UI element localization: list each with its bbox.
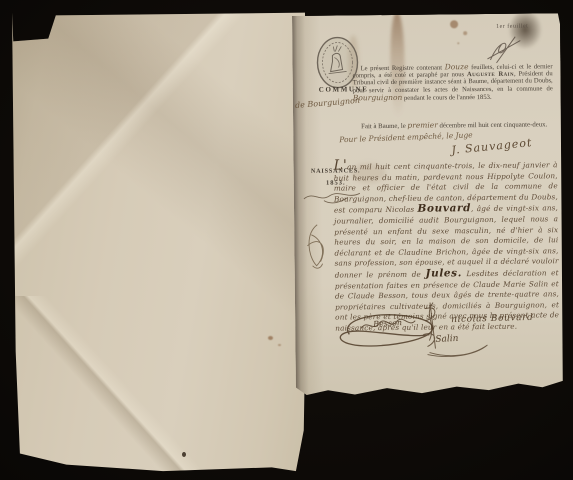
judge-note-handwritten: Pour le Président empêché, le Juge — [339, 130, 473, 144]
folio-label: 1er feuillet — [496, 24, 528, 30]
president-name: Auguste Rain — [467, 71, 514, 78]
issue-statement: Fait à Baume, le premier décembre mil hu… — [353, 120, 551, 131]
foxing-spots — [268, 336, 273, 340]
issue-text: Fait à Baume, le — [361, 123, 407, 130]
folio-count-handwritten: Douze — [445, 62, 469, 71]
witness-signature-name: Besson — [373, 318, 402, 329]
ink-speck — [182, 452, 186, 457]
register-scan: 1er feuillet COMMUNE de Bourguignon Le p… — [0, 0, 573, 480]
fold-crease — [6, 296, 202, 472]
child-firstname: Jules. — [425, 267, 462, 279]
preamble-text: pendant le cours de l'année 1853. — [402, 94, 491, 102]
monogram-paraph-icon — [300, 222, 335, 274]
father-surname: Bouvard — [417, 203, 471, 216]
register-page: 1er feuillet COMMUNE de Bourguignon Le p… — [292, 13, 564, 399]
paraph-icon — [484, 34, 528, 66]
left-blank-page — [6, 8, 308, 472]
stain-spots — [450, 20, 458, 28]
issue-date-handwritten: premier — [407, 120, 437, 129]
signature-swash-icon — [425, 340, 495, 361]
printed-preamble: Le présent Registre contenant Douze feui… — [353, 62, 553, 103]
commune-handwritten-inline: Bourguignon — [353, 93, 403, 103]
issue-text: décembre mil huit cent cinquante-deux. — [438, 121, 548, 129]
